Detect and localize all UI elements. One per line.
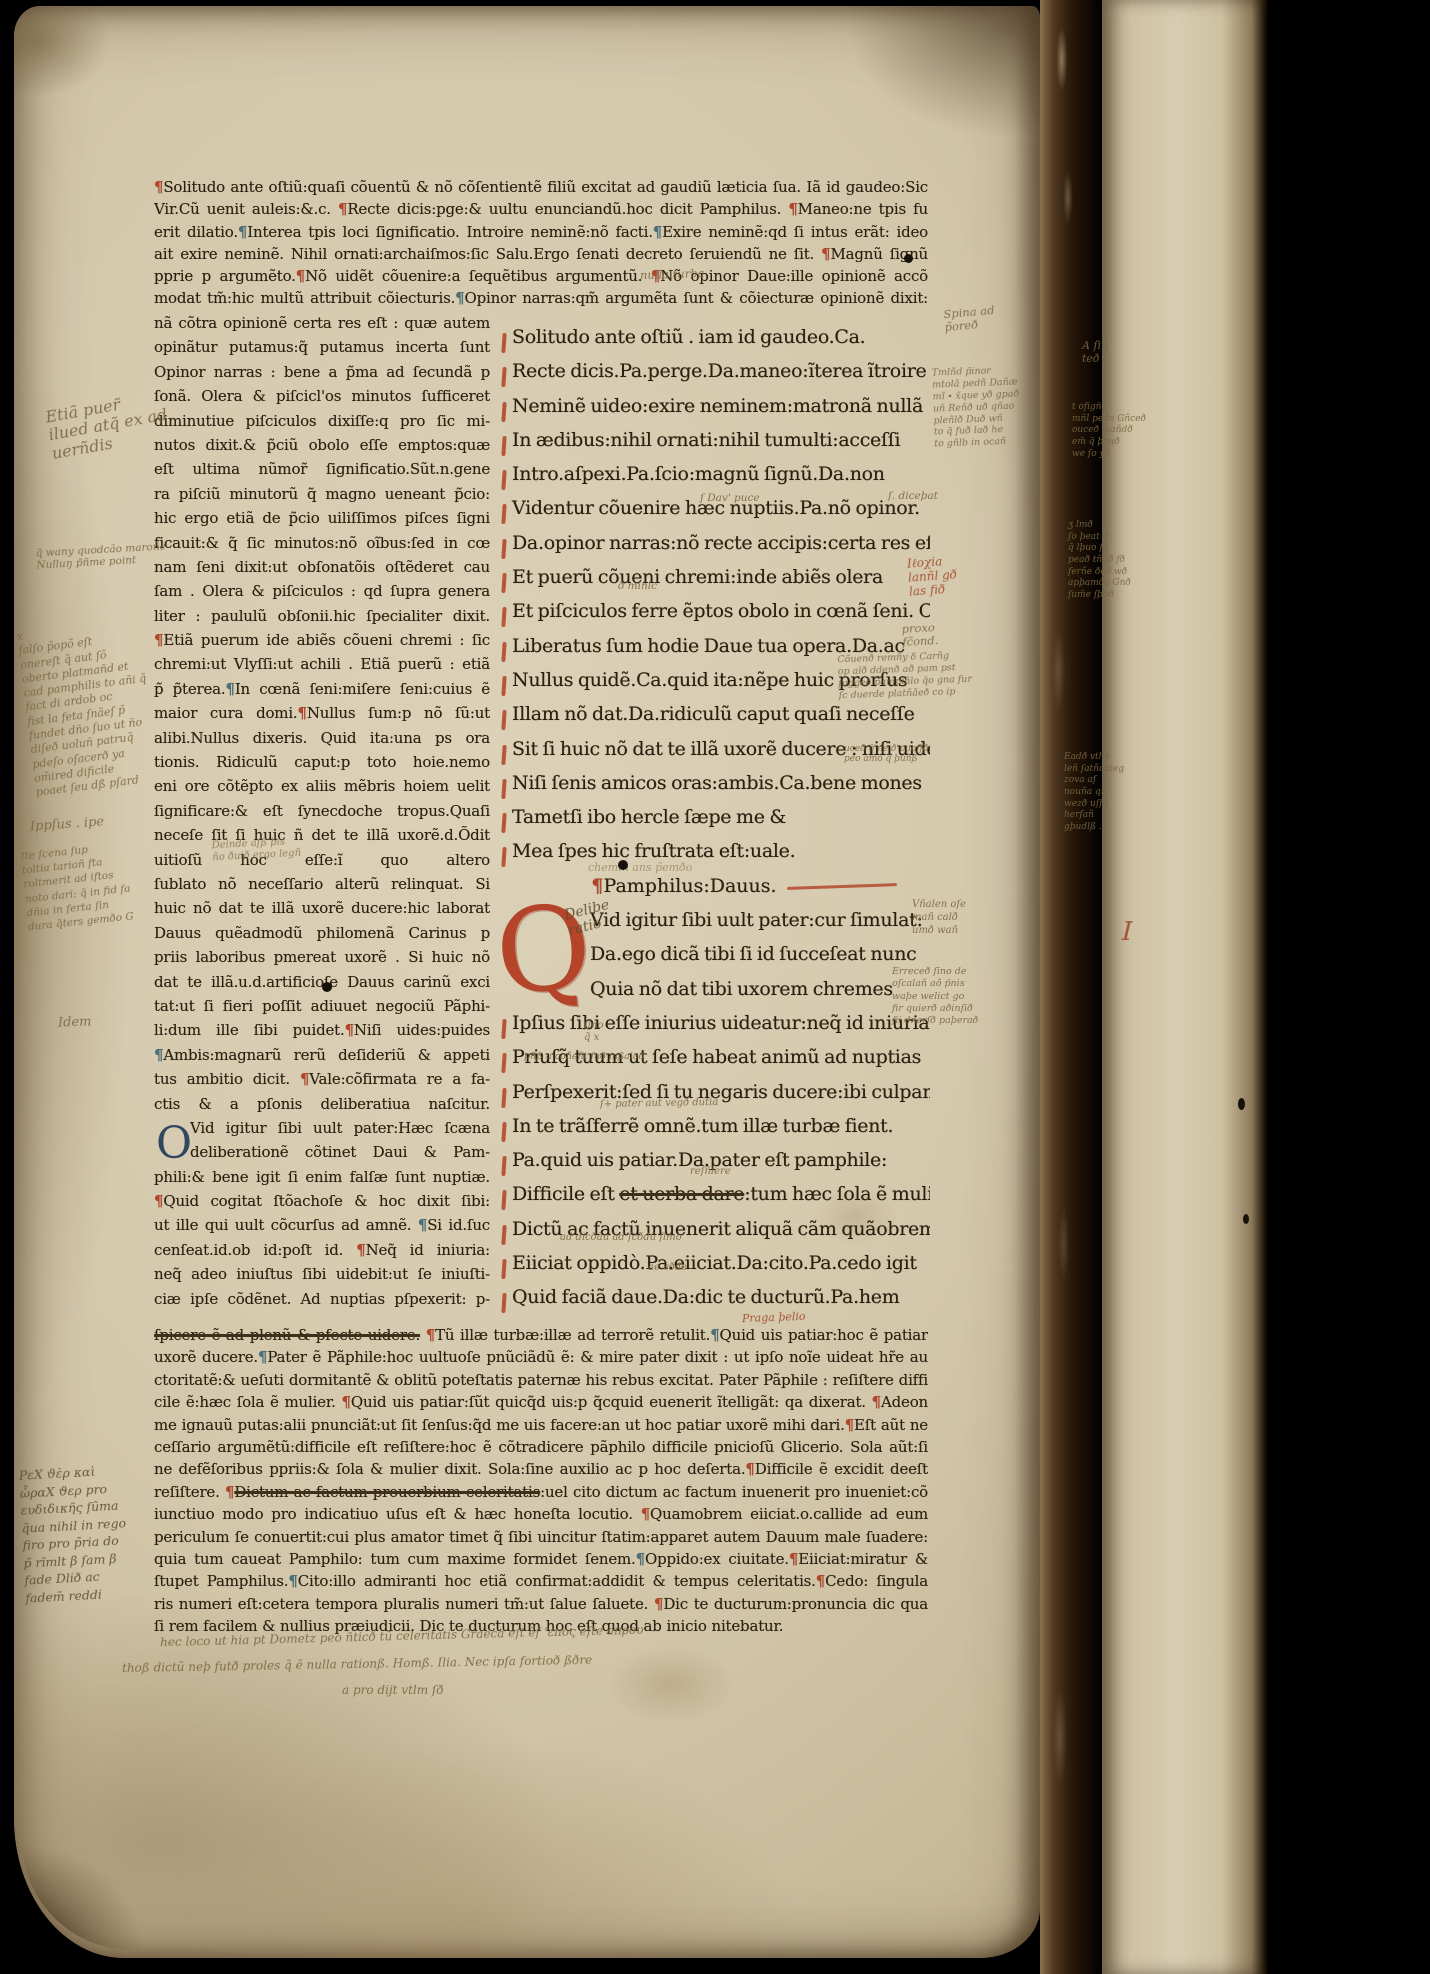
verse-line: Mea ſpes hic fruſtrata eſt:uale. [498,840,930,874]
commentary-line: huic nõ dat te illã uxorẽ ducere:hic lab… [154,899,490,923]
commentary-line: Opinor narras : bene a p̃ma ad ſecundã p [154,363,490,387]
commentary-line: p̃ p̃terea.¶In cœnã ſeni:miſere ſeni:cui… [154,680,490,704]
interlinear-note: reſñlere [690,1166,731,1178]
verse-line: Recte dicis.Pa.perge.Da.maneo:ĩterea ĩtr… [498,360,930,394]
commentary-line: ſam . Olera & piſciculos : qd ſupra gene… [154,582,490,606]
verse-line: Eiiciat oppidò.Pa.eiiciat.Da:cito.Pa.ced… [498,1252,930,1286]
commentary-line: ¶Etiã puerum ide abiẽs cõueni chremi : ſ… [154,631,490,655]
drop-cap-o: O [156,1122,192,1166]
commentary-line: uxorẽ ducere.¶Pater ẽ Pãphile:hoc uultuo… [154,1348,928,1370]
commentary-line: nam ſeni dixit:ut obſonatõis oſtẽderet c… [154,558,490,582]
margin-note-handwritten: Iℓoχialanñl gðlas fið [907,554,959,599]
commentary-line: maior cura domi.¶Nullus ſum:p nõ ſũ:ut [154,704,490,728]
bottom-note-handwritten: a pro dijt vtlm ſð [342,1684,444,1698]
commentary-line: pprie p argumẽto.¶Nõ uidẽt cõuenire:a ſe… [154,267,928,289]
commentary-line: ra piſciũ minutorũ q̃ magno ueneant p̃ci… [154,485,490,509]
facing-page-note: t ofigñamñl pedo Gñceðouceð mañdðem̃ q̃ … [1072,402,1146,460]
facing-page-note: ʒ lmðſo þeat 9q̃ lþuo ſðpeað tñuð fðferñ… [1068,520,1131,602]
commentary-line: ceſſario argumẽtũ:difficile eſt reſiſter… [154,1438,928,1460]
verse-line: Niſi ſenis amicos oras:ambis.Ca.bene mon… [498,772,930,806]
facing-page-rubric: I [1121,918,1132,948]
facing-page-note: A ſiñteð [1082,340,1108,365]
verse-line: In ædibus:nihil ornati:nihil tumulti:acc… [498,429,930,463]
commentary-line: ¶Ambis:magnarũ rerũ deſideriũ & appeti [154,1046,490,1070]
verse-line: Illam nõ dat.Da.ridiculũ caput quaſi nec… [498,703,930,737]
interlinear-note: ad dicðãu ad fcðdũ ſimo [560,1232,682,1244]
margin-note-handwritten: Erreceð ſino deoſcalañ aõ p̃niswaþe weli… [892,966,978,1028]
book-gutter [1040,0,1102,1974]
commentary-line: cenſeat.id.ob id:poſt id. ¶Neq̃ id iniur… [154,1241,490,1265]
interlinear-note: ſ. diceþat [888,490,938,502]
commentary-line: erit dilatio.¶Interea tpis loci ſignific… [154,223,928,245]
commentary-line: ficauit:& q̃ ſic minutos:nõ oĩbus:ſed in… [154,534,490,558]
ink-blot [322,982,332,992]
interlinear-note: Deinde aſß þisño ðuið ergo legñ [211,836,301,864]
commentary-line: Vir.Cũ uenit auleis:&.c. ¶Recte dicis:pg… [154,200,928,222]
margin-note-handwritten: Vñalen oſemañ calðumð wañ [912,898,966,937]
verse-line: Ipſius ſibi eſſe iniurius uideatur:neq̃ … [498,1012,930,1046]
interlinear-note: chemin ans p̃emðo [588,862,692,875]
commentary-line: ris numeri eſt:cetera tempora pluralis n… [154,1595,928,1617]
commentary-line: periculum ſe conuertit:cui plus amator t… [154,1528,928,1550]
ink-blot [1238,1098,1245,1110]
verse-line: Et puerũ cõueni chremi:inde abiẽs olera [498,566,930,600]
commentary-line: tus ambitio dicit. ¶Vale:cõfirmata re a … [154,1070,490,1094]
verse-line: In te trãſferrẽ omnẽ.tum illæ turbæ fien… [498,1115,930,1149]
commentary-line: tat:ut ſi fieri poſſit adiuuet negociũ P… [154,997,490,1021]
commentary-line: ¶Quid cogitat ſtõachoſe & hoc dixit ſibi… [154,1192,490,1216]
verse-line: Quia nõ dat tibi uxorem chremes [590,978,930,1012]
verse-line: Neminẽ uideo:exire neminem:matronã nullã [498,395,930,429]
commentary-line: nã cõtra opinionẽ certa res eſt : quæ au… [154,314,490,338]
ink-blot [904,254,913,263]
commentary-line: ſublato nõ neceſſario alterũ relinquat. … [154,875,490,899]
interlinear-note: ſinoq̃ x [584,1020,603,1043]
commentary-line: diminutiue piſciculos dixiſſe:q pro ſic … [154,412,490,436]
commentary-line: liter : paululũ obſonii.hic ſpecialiter … [154,607,490,631]
margin-note-handwritten: Tmlñd p̃inormtolã pedñ Dañæmĩ ∙ x̃que yð… [932,365,1021,451]
commentary-line: Dauus quẽadmodũ philomenã Carinus p [154,924,490,948]
commentary-line: ne defẽſoribus ppriis:& ſola & mulier di… [154,1460,928,1482]
commentary-line: uitioſũ hoc eſſe:ĩ quo altero [154,851,490,875]
commentary-line: nutos dixit.& p̃ciũ obolo eſſe emptos:qu… [154,436,490,460]
commentary-line: hic ergo etiã de p̃cio uiliſſimos piſces… [154,509,490,533]
commentary-line: ctis & a pſonis deliberatiua naſcitur. [154,1095,490,1119]
commentary-line: reſiſtere. ¶Dictum ac factum prouerbium … [154,1483,928,1505]
commentary-line: deliberationẽ cõtinet Daui & Pam- [190,1143,490,1167]
commentary-line: cile ẽ:hæc ſola ẽ mulier. ¶Quid uis pati… [154,1393,928,1415]
commentary-line: ſonã. Olera & piſcicl'os minutos ſuffice… [154,387,490,411]
commentary-line: ut ille qui uult cõcurſus ad amnẽ. ¶Si i… [154,1216,490,1240]
margin-note-handwritten: proxofc̃ond. [901,621,938,649]
interlinear-note: pñß u coñeñt fuð mßaiað [524,1052,644,1063]
commentary-top-block: ¶Solitudo ante oſtiũ:quaſi cõuentũ & nõ … [154,178,928,312]
commentary-lines-lower: phili:& bene igit ſi enim falſæ ſunt nup… [154,1168,490,1314]
interlinear-note-red: Praga þelio [742,1311,806,1326]
commentary-line: alibi.Nullus dixeris. Quid ita:una ps or… [154,729,490,753]
commentary-line: me ignauũ putas:alii pnunciãt:ut ſit ſen… [154,1416,928,1438]
commentary-line: modat tm̃:hic multũ attribuit cõiecturis… [154,289,928,311]
page-corner-curl [22,1770,222,1950]
commentary-line: ciæ ipſe cõdẽnet. Ad nuptias pſpexerit: … [154,1290,490,1314]
commentary-line: Vid igitur ſibi uult pater:Hæc ſcæna [190,1119,490,1143]
margin-note-handwritten: Cõuenð remñy δ Carñgop alð ddenð að pam … [837,650,972,702]
verse-line: Da.ego dicã tibi ſi id ſucceſeat nunc [590,943,930,977]
margin-note-handwritten: Spina adp̃oreð [943,304,996,335]
verse-line: Quid faciã daue.Da:dic te ducturũ.Pa.hem [498,1286,930,1320]
commentary-drop-cap-block: O Vid igitur ſibi uult pater:Hæc ſcænade… [154,1119,490,1168]
commentary-left-column: nã cõtra opinionẽ certa res eſt : quæ au… [154,314,490,1314]
verse-line: Tametſi ibo hercle ſæpe me & [498,806,930,840]
ink-blot [618,860,628,870]
commentary-line: li:dum ille ſibi puidet.¶Niſi uides:puid… [154,1021,490,1045]
commentary-line: ſpicere ẽ ad plenũ & pfecte uidere. ¶Tũ … [154,1326,928,1348]
interlinear-note: ae vðde [648,1262,687,1274]
commentary-line: neceſe ſit ſi huic ñ det te illã uxorẽ.d… [154,826,490,850]
margin-note-handwritten: Ite ſcena ſuptoltia tarioñ ftaroltmerit … [20,839,135,935]
photo-backdrop: ¶Solitudo ante oſtiũ:quaſi cõuentũ & nõ … [0,0,1430,1974]
commentary-bottom-block: ſpicere ẽ ad plenũ & pfecte uidere. ¶Tũ … [154,1326,928,1639]
verse-line: Solitudo ante oſtiũ . iam id gaudeo.Ca. [498,326,930,360]
commentary-line: eni ore cõtẽpto ex aliis mẽbris hoiem ue… [154,777,490,801]
commentary-line: opinãtur putamus:q̃ putamus incerta ſunt [154,338,490,362]
facing-page-edge [1102,0,1268,1974]
commentary-line: phili:& bene igit ſi enim falſæ ſunt nup… [154,1168,490,1192]
commentary-line: ctoritatẽ:& ueſuti dormitantẽ & oblitũ p… [154,1371,928,1393]
verse-drop-cap-block: Q Vid igitur ſibi uult pater:cur ſimulat… [498,909,930,1012]
commentary-line: tionis. Ridiculũ caput:p toto hoie.nemo [154,753,490,777]
margin-note-handwritten: uceð q̃ ne ð puoſſðpeo amo q̃ þuñß [844,744,928,765]
ink-blot [1243,1214,1249,1224]
verse-line: Et piſciculos ferre ẽptos obolo in cœnã … [498,600,930,634]
verse-line: Vid igitur ſibi uult pater:cur ſimulat: [590,909,930,943]
interlinear-note: nulla turba [640,267,705,282]
commentary-lines-upper: nã cõtra opinionẽ certa res eſt : quæ au… [154,314,490,1119]
commentary-line: ait exire neminẽ. Nihil ornati:archaiſmo… [154,245,928,267]
commentary-line: ¶Solitudo ante oſtiũ:quaſi cõuentũ & nõ … [154,178,928,200]
commentary-line: eſt ultima nũmor̃ ſignificatio.Sũt.n.gen… [154,460,490,484]
commentary-line: priis laboribus pmereat uxorẽ . Si huic … [154,948,490,972]
commentary-line: ſtupet Pamphilus.¶Cito:illo admiranti ho… [154,1572,928,1594]
verse-line: Difficile eſt et uerba dare:tum hæc ſola… [498,1183,930,1217]
commentary-line: iunctiuo modo pro indicatiuo uſus eſt & … [154,1505,928,1527]
interlinear-note: ð minic [618,580,657,592]
verse-line: Da.opinor narras:nõ recte accipis:certa … [498,532,930,566]
facing-page-note: Eadð vtheleñ ſatñcategzova aſnouña qñwez… [1064,752,1124,834]
commentary-line: neq̃ adeo iniuſtus ſibi uidebit:ut ſe in… [154,1265,490,1289]
margin-note-handwritten: Idem [58,1015,92,1031]
interlinear-note: ſ Dav' puce [700,492,760,504]
commentary-line: quia tum caueat Pamphilo: tum cum maxime… [154,1550,928,1572]
verse-block-1: Solitudo ante oſtiũ . iam id gaudeo.Ca.R… [498,326,930,875]
margin-note-handwritten: xfalſo p̃opõ eſtonereſt q̃ aut ſõoberto … [16,615,159,800]
commentary-line: ſignificare:& eſt ſynecdoche tropus.Quaſ… [154,802,490,826]
commentary-line: chremi:ut Vlyſſi:ut achili . Etiã puerũ … [154,655,490,679]
interlinear-note: ſ+ pater aut vegð dutia [600,1097,718,1111]
margin-note-greek: ΡεΧ ϑὲρ καὶὦραΧ ϑερ proευδιδικῆς ſũmaq̃u… [18,1461,130,1606]
